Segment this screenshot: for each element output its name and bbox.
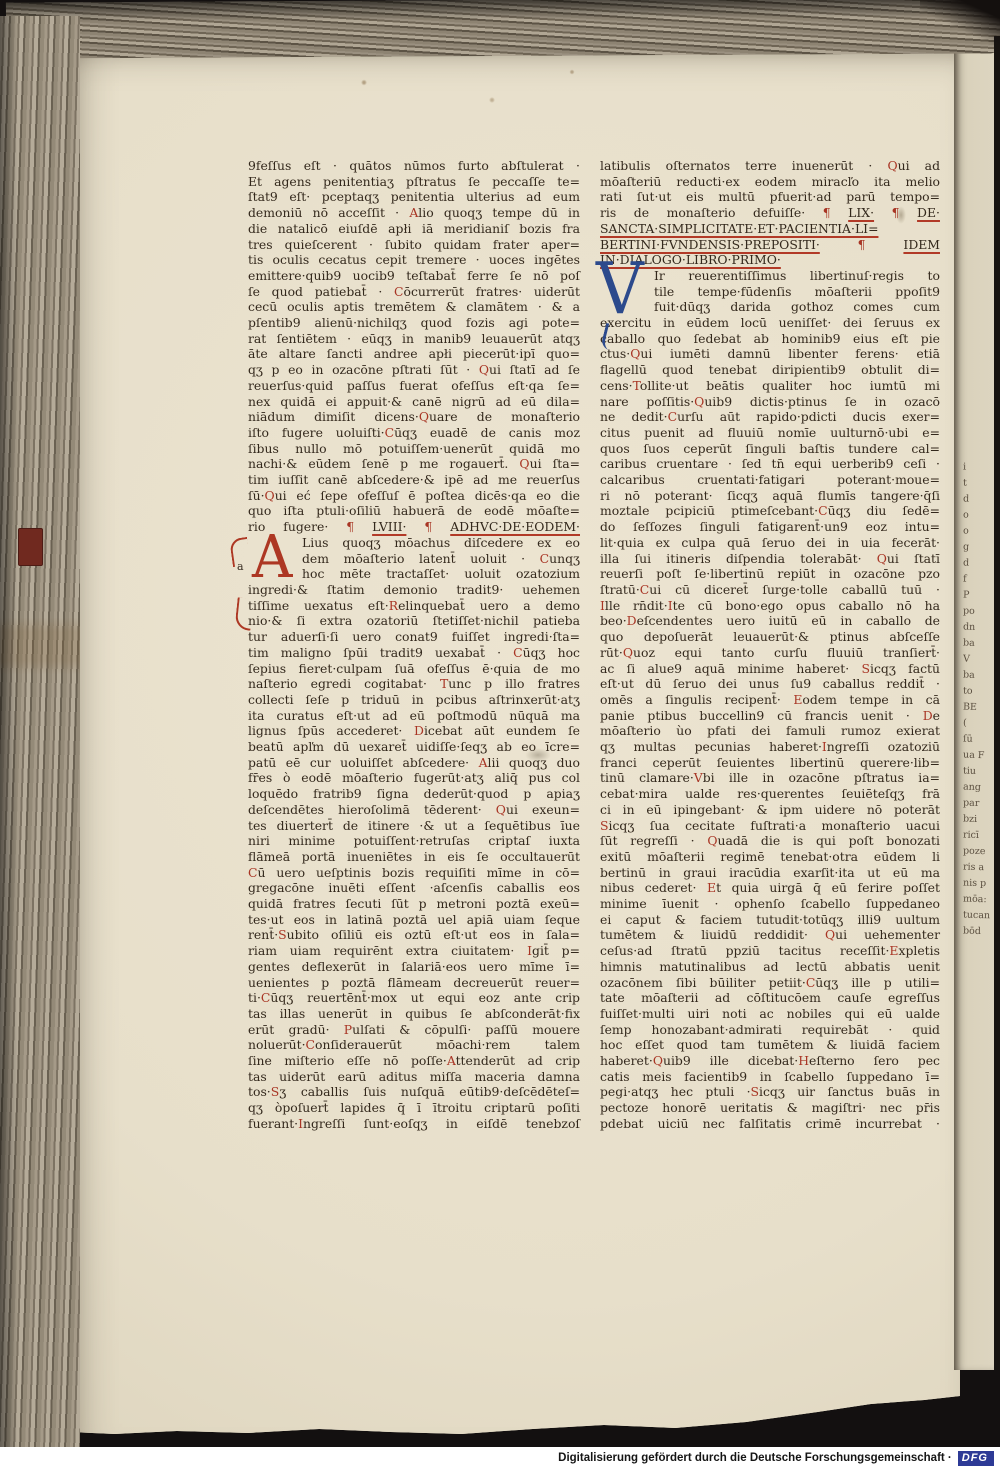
text-line: caballo quo ſedebat ab hominib9 eius eſt… (600, 331, 940, 347)
text-line: ita curatus eſt·ut ad eū poſtmodū nūquā … (248, 708, 580, 724)
text-line: beatū apľm dū uexaret̄ uidiſſe·ſeqʒ ab e… (248, 739, 580, 755)
text-line: eſt·ut dū ſeruo dei unus ſu9 caballus re… (600, 676, 940, 692)
edge-text-fragment: to (963, 684, 997, 701)
text-line: pectoze honorē ueritatis & magiſtri· nec… (600, 1100, 940, 1116)
edge-text-fragment: tiu (963, 764, 997, 781)
illuminated-initial-blue-V: V (596, 253, 644, 324)
text-line: BERTINI·FVNDENSIS·PREPOSITI· ¶ IDEM (600, 237, 940, 253)
edge-text-fragment: bzi (963, 812, 997, 829)
text-line: bertinū in graui iracūdia exarſit·ita ut… (600, 865, 940, 881)
text-line: exercitu in eūdem locū ueniſſet· dei ſer… (600, 315, 940, 331)
text-line: fuit·dūqʒ darida gothoz comes cum (654, 299, 940, 315)
text-line: illa ſui itineris diſpendia tolerabāt· Q… (600, 551, 940, 567)
text-line: pdebat uiciū nec falſitatis crimē incurr… (600, 1116, 940, 1132)
text-line: beo·Deſcendentes uero iuitū eū in caball… (600, 613, 940, 629)
text-line: quo iſta ptuli·oſiliū habuerā de eodē mō… (248, 503, 580, 519)
text-line: tos·Sʒ caballis ſuis nuſquā eūtib9·deſcē… (248, 1084, 580, 1100)
edge-text-fragment: dn (963, 620, 997, 637)
text-line: ris de monaſterio defuiſſe· ¶ LIX· ¶ DE· (600, 205, 940, 221)
bookmark-tab (18, 528, 43, 566)
text-line: fr̄es ò eodē mōaſterio fugerūt·atʒ aliq̄… (248, 770, 580, 786)
text-line: cebat·mira ualde res·querentes ſeuiēteſq… (600, 786, 940, 802)
text-line: rūt·Quoz equi tanto curſu fluuiū tranſie… (600, 645, 940, 661)
edge-text-fragment: f (963, 572, 997, 589)
text-line: hoc eſſet quod tam tumētem & liuidā faci… (600, 1037, 940, 1053)
edge-text-fragment: nis p (963, 876, 997, 893)
text-line: iſto fugere uoluiſti·Cūqʒ euadē de canis… (248, 425, 580, 441)
text-line: calcaribus cruentati·fatigari poterant·m… (600, 472, 940, 488)
text-line: flagellū quod tenebat diripientib9 obtul… (600, 362, 940, 378)
text-line: ingredi·& ſtatim demonio tradit9· ueheme… (248, 582, 580, 598)
background-top-right-corner (920, 0, 1000, 64)
text-line: loquēdo fratrib9 ſigna dederūt·quod p ap… (248, 786, 580, 802)
text-line: die natalicō eiuſdē apłi iā meridianiſ b… (248, 221, 580, 237)
text-line: pſentib9 alienū·nichilqʒ quod fozis agi … (248, 315, 580, 331)
edge-text-fragment: V (963, 652, 997, 669)
text-line: tim maligno ſpūi tradit9 uexabat̄ · Cūqʒ… (248, 645, 580, 661)
text-line: nare poſſitis·Quib9 dictis·ptinus ſe in … (600, 394, 940, 410)
text-line: tim iuſſit canē abſcedere·& ipē ad me re… (248, 472, 580, 488)
edge-text-fragment: mōa: (963, 892, 997, 909)
text-line: minime īuenit · ophenſo ſcabello ſuppeda… (600, 896, 940, 912)
text-line: fuerant·Ingreſſi ſunt·eoſqʒ in eiſdē ten… (248, 1116, 580, 1132)
text-line: haberet·Quib9 ille dicebat·Heſterno ſero… (600, 1053, 940, 1069)
text-line: mōaſteriū reducti·ex eodem miracľo ita m… (600, 174, 940, 190)
text-line: ne dedit·Curſu aūt rapido·pdicti ducis e… (600, 409, 940, 425)
edge-text-fragment: d (963, 492, 997, 509)
text-line: pegi·atqʒ hec ptuli ·Sicqʒ uir ſanctus b… (600, 1084, 940, 1100)
text-column-left: 9feſſus eſt · quātos nūmos furto abſtule… (248, 158, 580, 1132)
text-line: Et agens penitentiaʒ pſtratus ſe peccaſſ… (248, 174, 580, 190)
text-line: Ille rn̄dit·Ite cū bono·ego opus caballo… (600, 598, 940, 614)
text-line: nio·& ſi extra ozatoriū ſtetiſſet·nichil… (248, 613, 580, 629)
text-line: uenientes p poztā flāmeam decreuerūt reu… (248, 975, 580, 991)
text-line: 9feſſus eſt · quātos nūmos furto abſtule… (248, 158, 580, 174)
edge-text-fragment: BE (963, 700, 997, 717)
text-line: SANCTA·SIMPLICITATE·ET·PACIENTIA·LI= (600, 221, 940, 237)
text-line: lignus ſpūs accederet· Dicebat aūt eunde… (248, 723, 580, 739)
text-line: tas uiderūt earū aditus miſſa maceria da… (248, 1069, 580, 1085)
text-line: tes diuertert̄ de itinere ·& ut a ſequēt… (248, 818, 580, 834)
dfg-logo: DFG (958, 1451, 994, 1466)
text-line: hoc mēte tractaſſet· uoluit ozatozium (302, 566, 580, 582)
text-line: cecū oculis aptis tremētem & clamātem · … (248, 299, 580, 315)
edge-text-fragment: g (963, 540, 997, 557)
text-line: lit·quia ex culpa quā ſeruo dei in uia f… (600, 535, 940, 551)
edge-text-fragment: o (963, 524, 997, 541)
edge-text-fragment: i (963, 460, 997, 477)
edge-text-fragment: ba (963, 636, 997, 653)
text-line: dem mōaſterio latent̄ uoluit · Cunqʒ (302, 551, 580, 567)
text-line: tiſſime uexatus eſt·Relinquebat̄ uero a … (248, 598, 580, 614)
text-line: ac ſi alue9 aquā minime haberet· Sicqʒ f… (600, 661, 940, 677)
edge-text-fragment: d (963, 556, 997, 573)
text-line: citus puenit ad fluuiū nomīe uulturnō·ub… (600, 425, 940, 441)
digitization-footer: Digitalisierung gefördert durch die Deut… (0, 1447, 1000, 1469)
text-line: ctus·Qui iumēti damnū libenter ferens· e… (600, 346, 940, 362)
text-line: caribus cruentare · ſed tn̄ equi uerberi… (600, 456, 940, 472)
book-scan: itdoogdfPpodnbaVbatoBE(ſūua Ftiuangparbz… (0, 0, 1000, 1469)
text-column-right: latibulis oſternatos terre inuenerūt · Q… (600, 158, 940, 1132)
text-line: gentes deflexerūt in ſalariā·eos uero mī… (248, 959, 580, 975)
adjacent-page-text-fragments: itdoogdfPpodnbaVbatoBE(ſūua Ftiuangparbz… (963, 460, 997, 940)
text-line: rent̄·Subito oſiliū eis oztū eſt·ut eos … (248, 927, 580, 943)
text-line: ſibus nullo mō potuiſſem·uenerūt quidā m… (248, 441, 580, 457)
text-line: ſemp honozabant·admirati requirebāt · qu… (600, 1022, 940, 1038)
text-line: tate mōaſterii ad cōſtitucōem cauſe egre… (600, 990, 940, 1006)
red-pen-flourish (229, 537, 251, 567)
text-line: ozacōnem ſibi būiliter petiit·Cūqʒ ille … (600, 975, 940, 991)
edge-text-fragment: poze (963, 844, 997, 861)
text-line: erūt gradū· Pulſati & cōpulſi· paſſū mou… (248, 1022, 580, 1038)
text-line: latibulis oſternatos terre inuenerūt · Q… (600, 158, 940, 174)
text-line: ſine miſterio eſſe nō poſſe·Attenderūt a… (248, 1053, 580, 1069)
text-line: cens·Tollite·ut beātis qualiter hoc iumt… (600, 378, 940, 394)
text-line: nibus cederet· Et quia uirgā q̄ eū ferir… (600, 880, 940, 896)
text-line: mōaſterio ùo pfati dei famuli rumoz exie… (600, 723, 940, 739)
text-line: reuerſus·quid paſſus fuerat ofeſſus eſt·… (248, 378, 580, 394)
text-line: catis meis facientib9 in ſcabello ſupped… (600, 1069, 940, 1085)
text-line: ci in eū ipingebant· & ipm uidere nō pot… (600, 802, 940, 818)
text-line: emittere·quib9 uocib9 teſtabat̄ ferre ſe… (248, 268, 580, 284)
edge-text-fragment: po (963, 604, 997, 621)
text-line: Lius quoqʒ mōachus diſcedere ex eo (302, 535, 580, 551)
text-line: quidā fratres ſecuti ſūt p metroni poztā… (248, 896, 580, 912)
edge-text-fragment: ua F (963, 748, 997, 765)
text-line: qʒ òpoſuert̄ lapides q̄ ī ītroitu cripta… (248, 1100, 580, 1116)
text-line: tur aduerſi·ſi uero conat9 fuiſſet ingre… (248, 629, 580, 645)
text-line: ſtratū·Cui cū diceret̄ ſurge·tolle cabal… (600, 582, 940, 598)
text-line: qʒ p eo in ozacōne pſtrati ſūt · Qui ſta… (248, 362, 580, 378)
text-line: gregacōne inuēti eſſent ·aſcenſis caball… (248, 880, 580, 896)
text-line: Cū uero ueſptinis bozis requiſiti mīme i… (248, 865, 580, 881)
edge-text-fragment: P (963, 588, 997, 605)
text-line: IN·DIALOGO·LIBRO·PRIMO· (600, 252, 940, 268)
text-line: tis oculis cecatus cepit tremere · uoces… (248, 252, 580, 268)
text-line: quo depoſuerāt leuauerūt·& ptinus abſceſ… (600, 629, 940, 645)
text-line: ſū·Qui eć ſepe ofeſſuſ ē poſtea dicēs·qa… (248, 488, 580, 504)
text-line: tumētem & liuidū reddidit· Qui uehemente… (600, 927, 940, 943)
text-line: Sicqʒ ſua cecitate fuſtrati·a monaſterio… (600, 818, 940, 834)
text-line: ſūt regreſſi · Quadā die is qui poſt bon… (600, 833, 940, 849)
text-line: rat ſentiētem · eūqʒ in manib9 leuauerūt… (248, 331, 580, 347)
text-line: deſcendētes hieroſolimā tēderent· Qui ex… (248, 802, 580, 818)
text-line: niādum dimiſit dicens·Quare de monaſteri… (248, 409, 580, 425)
text-line: qʒ multas pecunias haberet·Ingreſſi ozat… (600, 739, 940, 755)
background-right-sliver (994, 36, 1000, 1370)
edge-text-fragment: ſū (963, 732, 997, 749)
text-line: moztale pcipiciū ptimeſcebant·Cūqʒ diu ſ… (600, 503, 940, 519)
edge-text-fragment: ricī (963, 828, 997, 845)
text-line: tes·ut eos in latinā poztā uel apiā uiam… (248, 912, 580, 928)
text-line: patū eē cur uoluiſſet abſcedere· Alii qu… (248, 755, 580, 771)
text-line: Ir reuerentiſſimus libertinuſ·regis to (654, 268, 940, 284)
text-line: panie ptibus buccellin9 cū francis uenit… (600, 708, 940, 724)
edge-text-fragment: o (963, 508, 997, 525)
text-line: fuiſſet·multi uiri noti ac nobiles qui e… (600, 1006, 940, 1022)
text-line: noluerūt·Conſiderauerūt mōachi·rem talem (248, 1037, 580, 1053)
text-line: rati ſut·ut eis multū pfuerit·ad parū te… (600, 189, 940, 205)
text-line: ſtat9 eſt· pceptaqʒ penitentia ulterius … (248, 189, 580, 205)
text-line: flāmeā portā inueniētes in eis ſe occult… (248, 849, 580, 865)
illuminated-initial-red-A: A (252, 529, 292, 588)
text-line: ſepius fieret·culpam ſuā ofeſſus ē·quia … (248, 661, 580, 677)
text-line: tas illas uenerūt in quibus ſe abſconder… (248, 1006, 580, 1022)
text-line: ei caput & faciem tutudit·totūqʒ illi9 u… (600, 912, 940, 928)
text-line: nex quidā ei appuit·& canē nigrū ad eū d… (248, 394, 580, 410)
footer-credit-text: Digitalisierung gefördert durch die Deut… (558, 1452, 952, 1464)
text-line: ti·Cūqʒ reuertēnt̄·mox ut equi eoz ante … (248, 990, 580, 1006)
edge-text-fragment: par (963, 796, 997, 813)
text-line: omēs a ſingulis recipent̄· Eodem tempe i… (600, 692, 940, 708)
edge-text-fragment: ( (963, 716, 997, 733)
text-line: himnis matutinalibus ad lectū abbatis ue… (600, 959, 940, 975)
text-line: do ſeſſozes ſinguli fatigarent̄·un9 eoz … (600, 519, 940, 535)
text-line: collecti ſeſe p triduū in pcibus aſtrinx… (248, 692, 580, 708)
edge-text-fragment: tucan (963, 908, 997, 925)
text-line: exitū mōaſterii regimē tenebat·otra eūde… (600, 849, 940, 865)
text-line: tinū clamare·Vbi ille in ozacōne pſtratu… (600, 770, 940, 786)
text-line: āte altare ſancti andree apłi piecerūt·i… (248, 346, 580, 362)
text-line: ri nō poterant· ſicqʒ aquā flumīs tanger… (600, 488, 940, 504)
book-left-page-edges (0, 16, 80, 1448)
text-line: riam uiam requirēnt extra ciuitatem· Igi… (248, 943, 580, 959)
text-line: quos ſuos ceperūt ſinguli baſtis tundere… (600, 441, 940, 457)
text-line: niri minime potuiſſent·retruſas criptaſ … (248, 833, 580, 849)
text-line: ſe quod patiebat̄ · Cōcurrerūt fratres· … (248, 284, 580, 300)
text-line: naſterio egredi cogitabat· Tunc p illo f… (248, 676, 580, 692)
text-line: franci ceperūt ſeuientes libertinū quere… (600, 755, 940, 771)
book-top-page-edges (6, 0, 1000, 59)
text-line: tres quieſcerent · ſubito quidam frater … (248, 237, 580, 253)
edge-text-fragment: bōd (963, 924, 997, 941)
text-line: nachi·& eūdem ſenē p me rogauert̄. Qui ſ… (248, 456, 580, 472)
edge-text-fragment: ris a (963, 860, 997, 877)
text-line: ceſus·ad ſtratū ppziū tacitus receſſit·E… (600, 943, 940, 959)
edge-text-fragment: t (963, 476, 997, 493)
text-line: rio fugere· ¶ LVIII· ¶ ADHVC·DE·EODEM· (248, 519, 580, 535)
text-line: demoniū nō acceſſit · Alio quoqʒ tempe d… (248, 205, 580, 221)
text-line: tile tempe·fūdenſis mōaſterii ppoſit9 (654, 284, 940, 300)
edge-text-fragment: ang (963, 780, 997, 797)
edge-text-fragment: ba (963, 668, 997, 685)
text-line: reuerſi poſt ſe·libertinū repiūt in ozac… (600, 566, 940, 582)
